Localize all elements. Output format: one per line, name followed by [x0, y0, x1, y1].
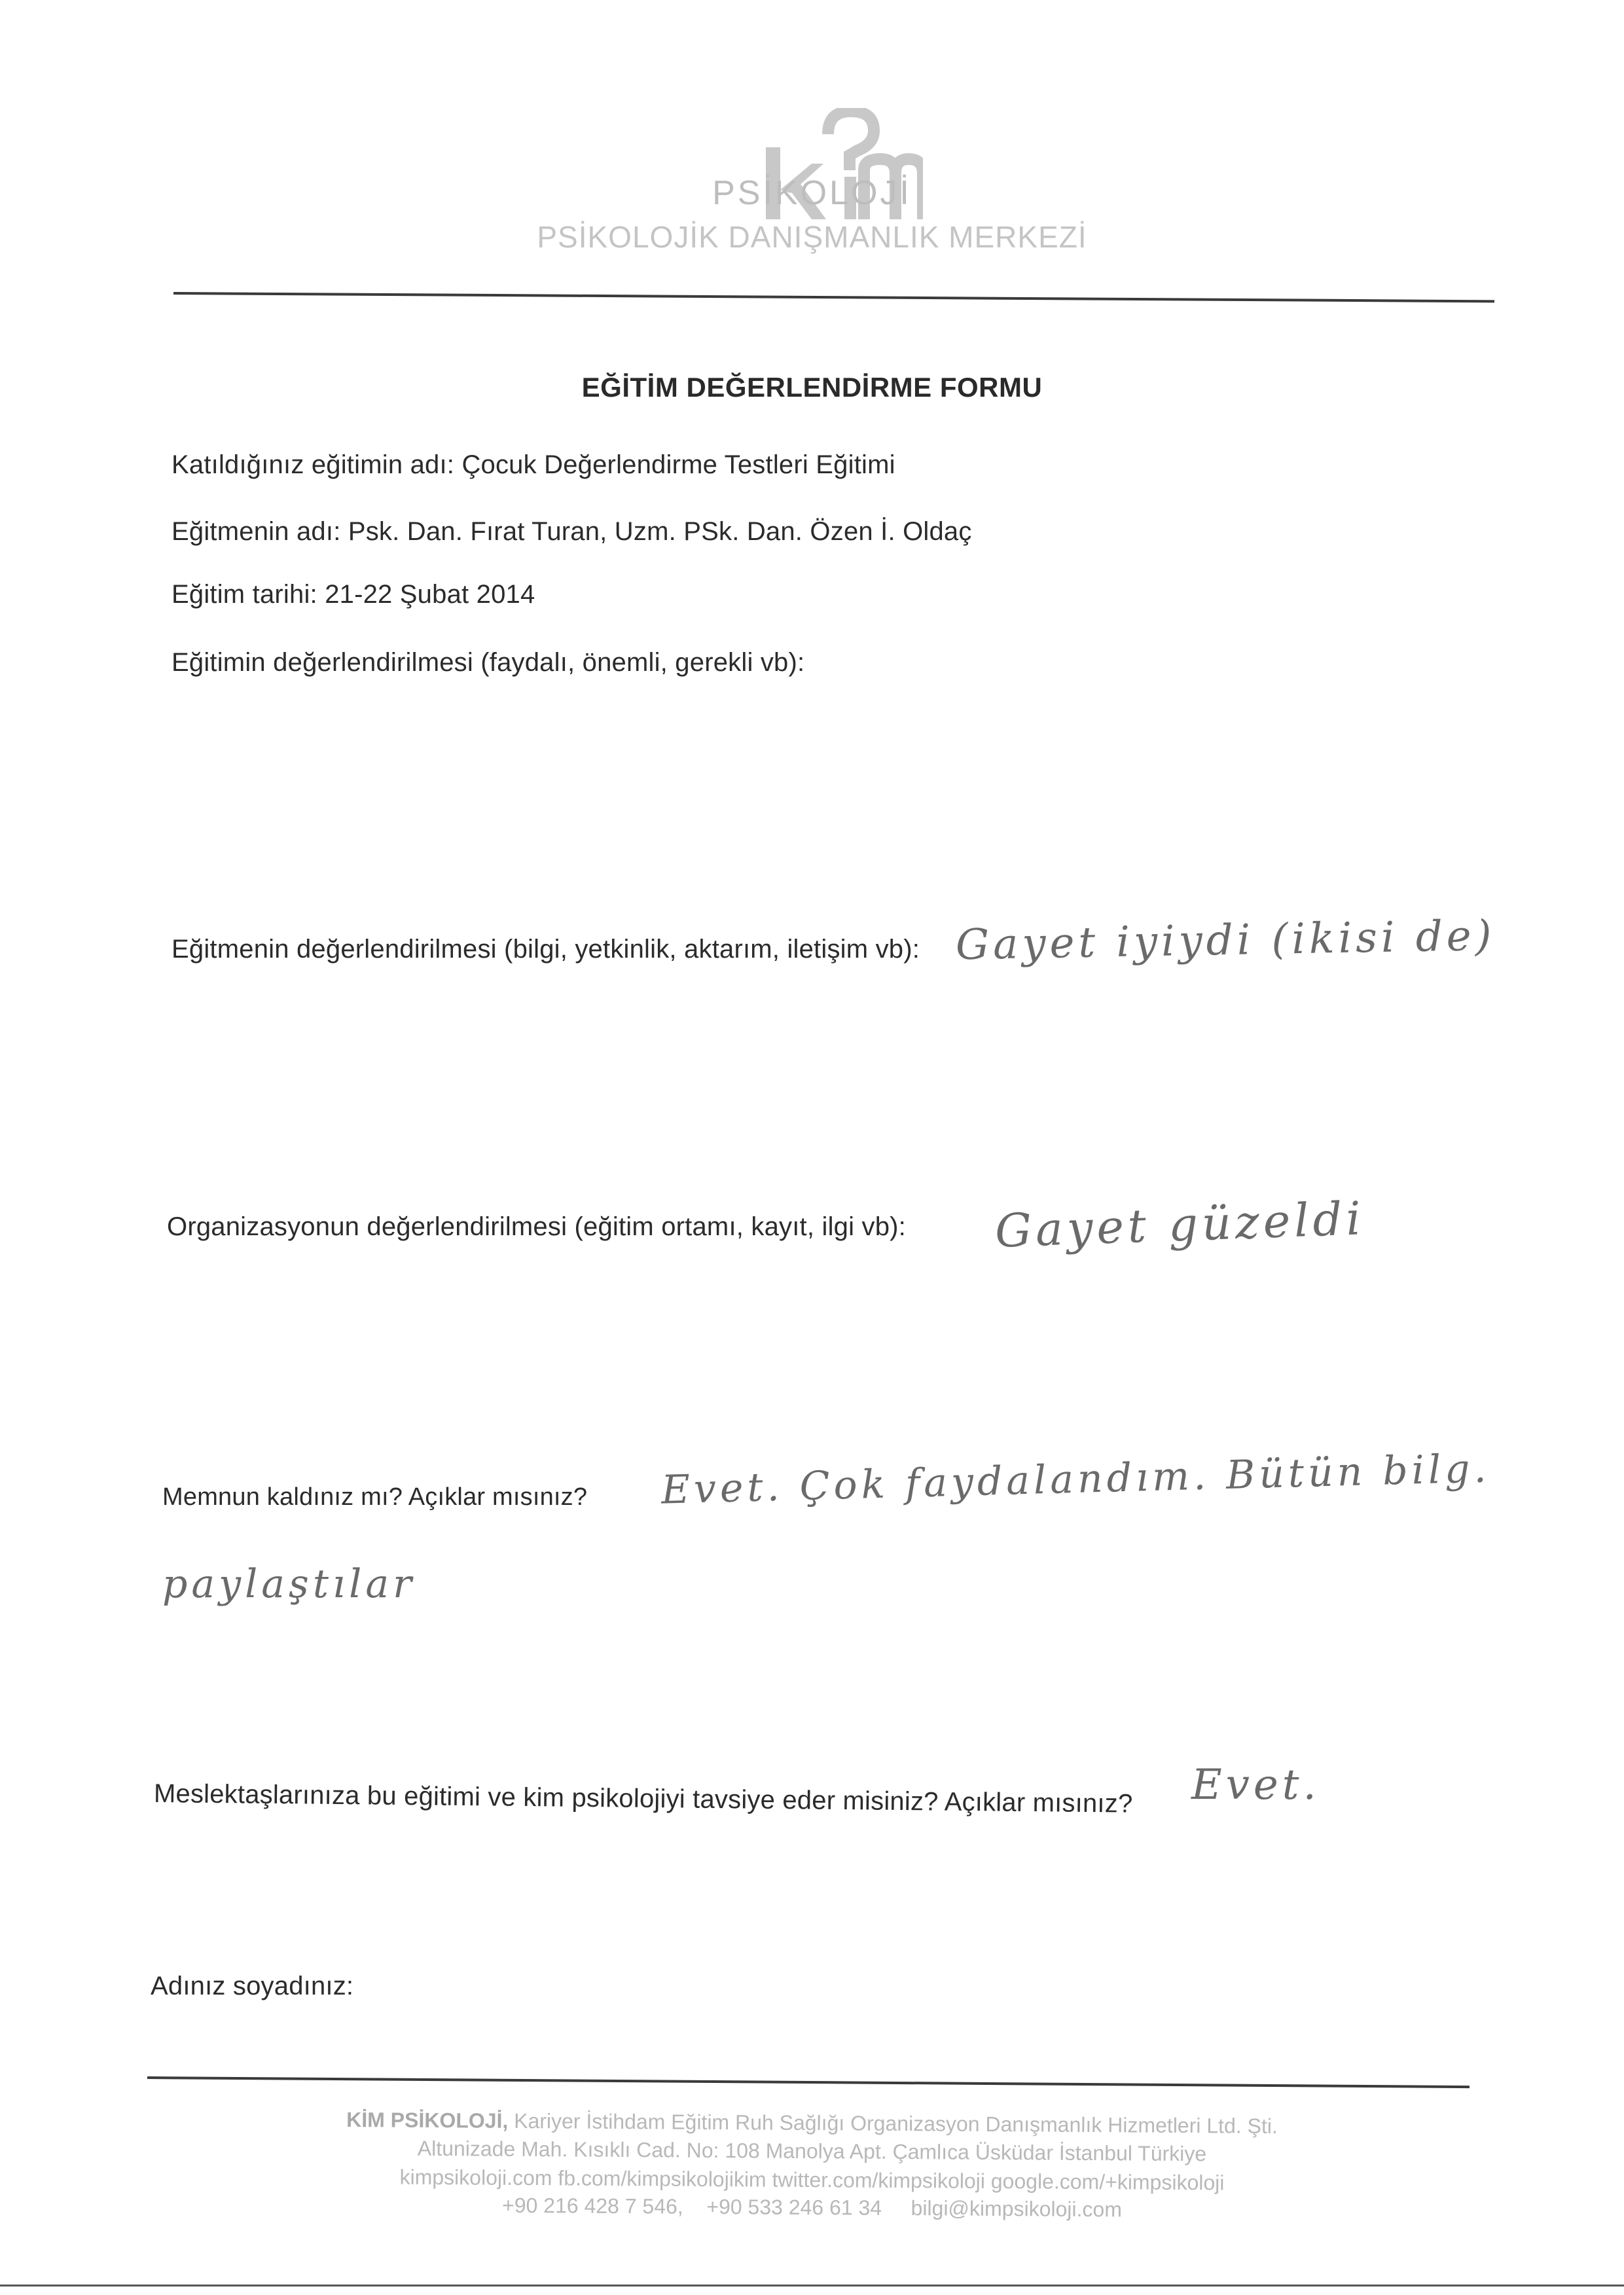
training-date-field: Eğitim tarihi: 21-22 Şubat 2014 — [171, 580, 535, 609]
training-name-value: Çocuk Değerlendirme Testleri Eğitimi — [461, 450, 895, 479]
organization-evaluation-label: Organizasyonun değerlendirilmesi (eğitim… — [167, 1212, 906, 1242]
training-date-label: Eğitim tarihi: — [171, 580, 317, 609]
full-name-field[interactable]: Adınız soyadınız: — [151, 1972, 353, 2001]
satisfaction-answer-line2[interactable]: paylaştılar — [162, 1561, 416, 1607]
footer-email: bilgi@kimpsikoloji.com — [911, 2196, 1122, 2221]
form-title: EĞİTİM DEĞERLENDİRME FORMU — [0, 372, 1624, 403]
footer-phone-2: +90 533 246 61 34 — [706, 2195, 882, 2220]
logo-wordmark: PSİKOLOJİ — [0, 173, 1624, 213]
trainer-name-field: Eğitmenin adı: Psk. Dan. Fırat Turan, Uz… — [171, 517, 972, 547]
recommendation-answer[interactable]: Evet. — [1191, 1761, 1320, 1809]
trainer-evaluation-answer[interactable]: Gayet iyiydi (ikisi de) — [955, 912, 1496, 969]
scan-bottom-edge — [0, 2285, 1624, 2286]
organization-evaluation-answer[interactable]: Gayet güzeldi — [994, 1191, 1365, 1258]
header-divider — [173, 292, 1494, 302]
trainer-evaluation-label: Eğitmenin değerlendirilmesi (bilgi, yetk… — [171, 935, 920, 964]
logo-subtitle: PSİKOLOJİK DANIŞMANLIK MERKEZİ — [0, 219, 1624, 255]
trainer-name-label: Eğitmenin adı: — [171, 517, 341, 546]
footer-divider — [147, 2076, 1470, 2088]
footer-company-desc: Kariyer İstihdam Eğitim Ruh Sağlığı Orga… — [514, 2109, 1278, 2138]
training-date-value: 21-22 Şubat 2014 — [325, 580, 535, 609]
recommendation-label: Meslektaşlarınıza bu eğitimi ve kim psik… — [154, 1779, 1133, 1819]
satisfaction-label: Memnun kaldınız mı? Açıklar mısınız? — [162, 1483, 587, 1511]
full-name-label: Adınız soyadınız: — [151, 1972, 353, 2000]
footer-company-name: KİM PSİKOLOJİ, — [346, 2108, 508, 2133]
trainer-name-value: Psk. Dan. Fırat Turan, Uzm. PSk. Dan. Öz… — [348, 517, 972, 546]
training-name-label: Katıldığınız eğitimin adı: — [171, 450, 454, 479]
satisfaction-answer-line1[interactable]: Evet. Çok faydalandım. Bütün bilg. — [660, 1445, 1490, 1513]
training-evaluation-field[interactable]: Eğitimin değerlendirilmesi (faydalı, öne… — [171, 648, 804, 678]
footer-phone-1: +90 216 428 7 546, — [502, 2194, 683, 2218]
training-evaluation-label: Eğitimin değerlendirilmesi (faydalı, öne… — [171, 648, 804, 677]
training-name-field: Katıldığınız eğitimin adı: Çocuk Değerle… — [171, 450, 895, 480]
